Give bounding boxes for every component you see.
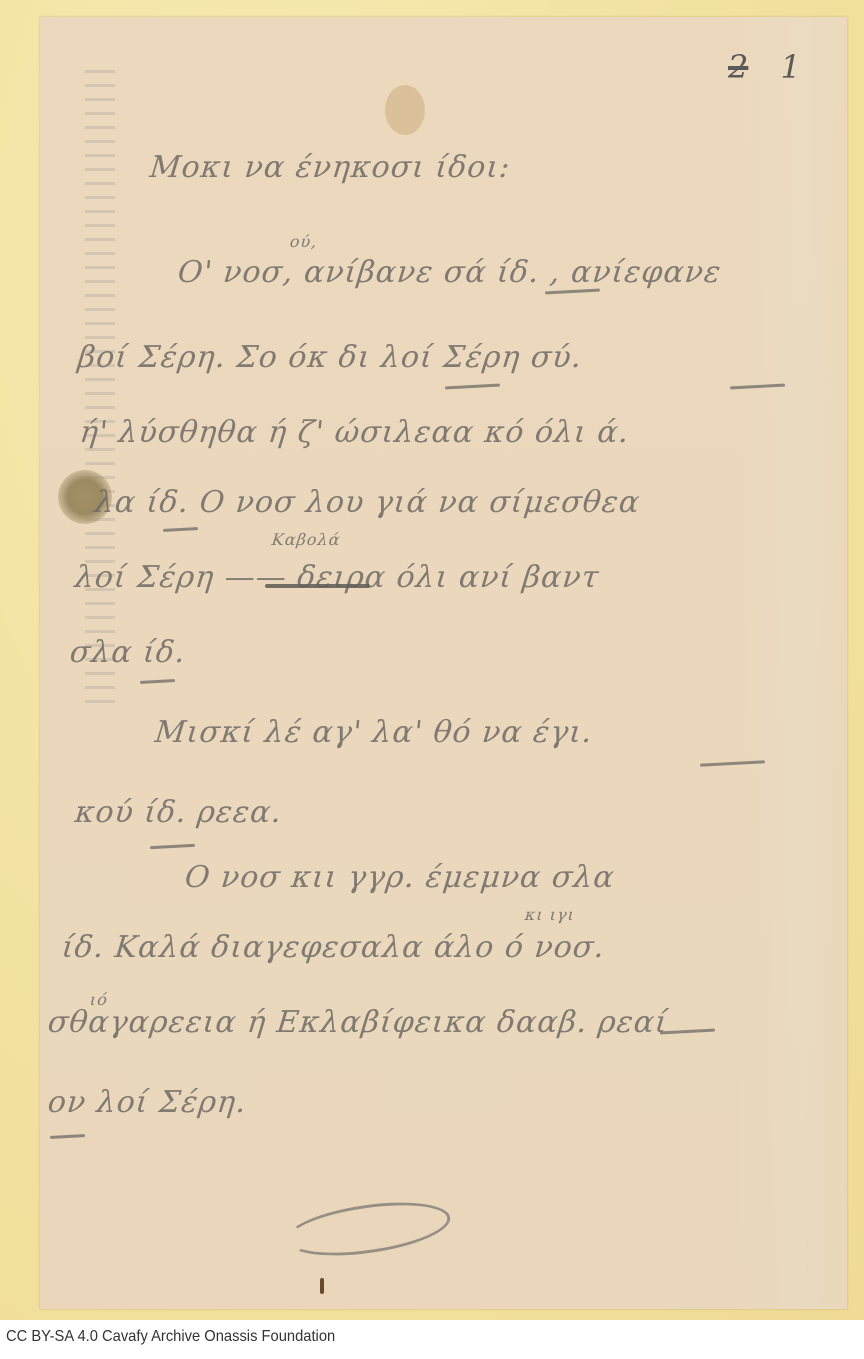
manuscript-line-11: ίδ. Καλά διαγεφεσαλα άλο ό νοσ. [60,930,607,965]
page-number-struck: 2 [728,48,748,86]
manuscript-line-6: λοί Σέρη —— δειρα όλι ανί βαντ [73,560,601,595]
manuscript-line-4: ή' λύσθηθα ή ζ' ώσιλεαα κό όλι ά. [78,415,631,450]
paper-stain [385,85,425,135]
manuscript-line-2: Ο' νοσ, ανίβανε σά ίδ. , ανίεφανε [176,255,723,290]
faint-show-through-print [85,70,115,710]
manuscript-line-5: λα ίδ. Ο νοσ λου γιά να σίμεσθεα [93,485,642,520]
manuscript-line-13: ον λοί Σέρη. [46,1085,248,1120]
manuscript-line-9: κού ίδ. ρεεα. [73,795,284,830]
manuscript-line-7: σλα ίδ. [68,635,187,670]
page-number-current: 1 [781,48,801,86]
manuscript-superscript-6: Καβολά [271,530,342,549]
archive-credit-caption: CC BY-SA 4.0 Cavafy Archive Onassis Foun… [6,1328,335,1346]
page-number: 2 1 [728,48,801,86]
strikethrough-mark [265,584,370,588]
manuscript-superscript-2: ού, [289,232,318,251]
ink-spot [320,1278,324,1294]
manuscript-line-8: Μισκί λέ αγ' λα' θό να έγι. [153,715,594,750]
manuscript-superscript-11: κι ιγι [524,905,576,924]
manuscript-line-3: βοί Σέρη. Σο όκ δι λοί Σέρη σύ. [76,340,584,375]
manuscript-line-1: Μοκι να ένηκοσι ίδοι: [148,150,512,185]
paper-shading [737,17,847,1309]
manuscript-line-12: σθαγαρεεια ή Εκλαβίφεικα δααβ. ρεαί [46,1005,670,1040]
manuscript-line-10: Ο νοσ κιι γγρ. έμεμνα σλα [183,860,616,895]
